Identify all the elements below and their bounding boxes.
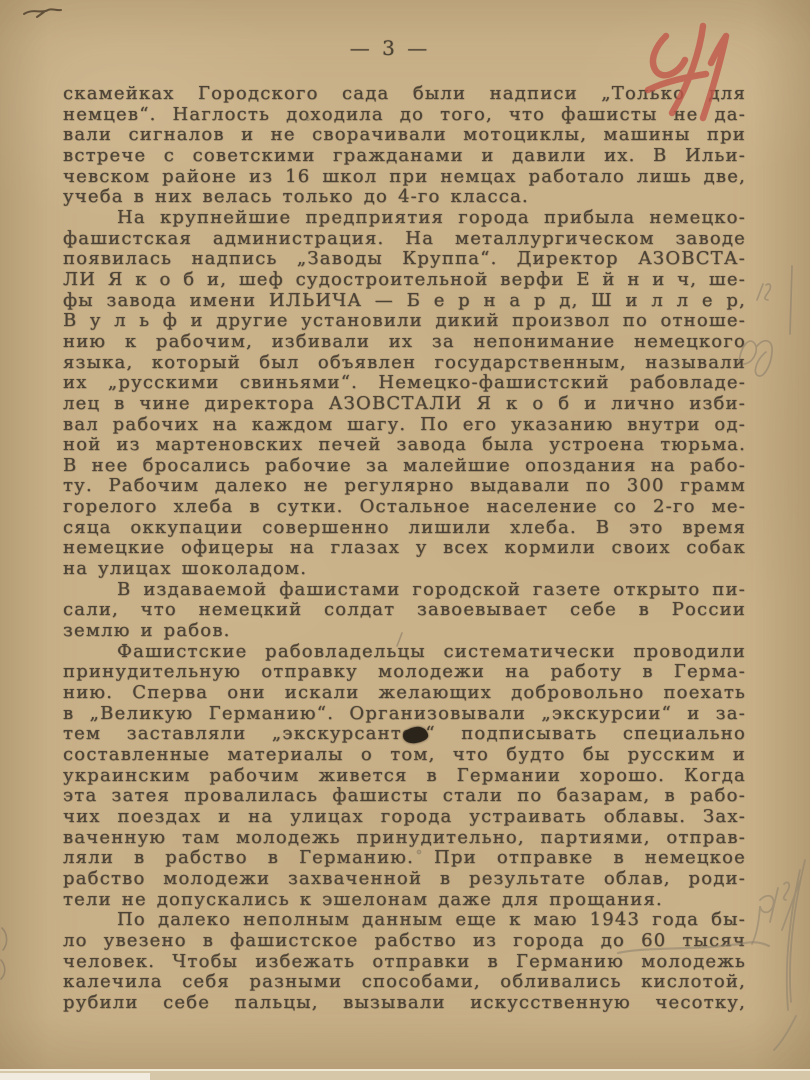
- text-line: фы завода имени ИЛЬИЧА — Б е р н а р д, …: [63, 291, 746, 312]
- text-line: человек. Чтобы избежать отправки в Герма…: [63, 952, 746, 973]
- text-line: В издаваемой фашистами городской газете …: [63, 580, 746, 601]
- underlying-page-edge: [0, 1069, 810, 1080]
- text-column: скамейках Городского сада были надписи „…: [63, 84, 746, 1014]
- text-line: рубили себе пальцы, вызывали искусственн…: [63, 993, 746, 1014]
- page: — 3 — скамейках Городского сада были над…: [0, 0, 810, 1071]
- text-line: немцев“. Наглость доходила до того, что …: [63, 105, 746, 126]
- text-line: лец в чине директора АЗОВСТАЛИ Я к о б и…: [63, 394, 746, 415]
- text-line: калечила себя разными способами, обливал…: [63, 972, 746, 993]
- text-line: скамейках Городского сада были надписи „…: [63, 84, 746, 105]
- text-line: появилась надпись „Заводы Круппа“. Дирек…: [63, 249, 746, 270]
- text-line: вали сигналов и не сворачивали мотоциклы…: [63, 125, 746, 146]
- text-line: составленные материалы о том, что будто …: [63, 745, 746, 766]
- page-number: — 3 —: [0, 36, 780, 60]
- text-line: землю и рабов.: [63, 621, 746, 642]
- text-line: ляли в рабство в Германию. При отправке …: [63, 848, 746, 869]
- text-line: нию к рабочим, избивали их за непонимани…: [63, 332, 746, 353]
- document-scan: — 3 — скамейках Городского сада были над…: [0, 0, 810, 1080]
- text-line: фашистская администрация. На металлургич…: [63, 229, 746, 250]
- text-line: Фашистские рабовладельцы систематически …: [63, 642, 746, 663]
- text-line: тели не допускались к эшелонам даже для …: [63, 890, 746, 911]
- text-line: По далеко неполным данным еще к маю 1943…: [63, 910, 746, 931]
- text-line: сяца оккупации совершенно лишили хлеба. …: [63, 518, 746, 539]
- text-line: ло увезено в фашистское рабство из город…: [63, 931, 746, 952]
- text-line: сали, что немецкий солдат завоевывает се…: [63, 600, 746, 621]
- text-line: их „русскими свиньями“. Немецко-фашистск…: [63, 373, 746, 394]
- pencil-note-upper-right: [739, 266, 792, 376]
- text-line: встрече с советскими гражданами и давили…: [63, 146, 746, 167]
- text-line: языка, который был объявлен государствен…: [63, 353, 746, 374]
- text-line: На крупнейшие предприятия города прибыла…: [63, 208, 746, 229]
- paragraph: На крупнейшие предприятия города прибыла…: [63, 208, 746, 580]
- text-line: ной из мартеновских печей завода была ус…: [63, 435, 746, 456]
- text-line: В нее бросались рабочие за малейшие опоз…: [63, 456, 746, 477]
- paragraph: скамейках Городского сада были надписи „…: [63, 84, 746, 208]
- text-line: учеба в них велась только до 4-го класса…: [63, 187, 746, 208]
- text-line: горелого хлеба в сутки. Остальное населе…: [63, 497, 746, 518]
- text-line: украинским рабочим живется в Германии хо…: [63, 766, 746, 787]
- text-line: ваченную там молодежь принудительно, пар…: [63, 828, 746, 849]
- text-line: немецкие офицеры на глазах у всех кормил…: [63, 538, 746, 559]
- text-line: чевском районе из 16 школ при немцах раб…: [63, 167, 746, 188]
- page-corner-gap: [0, 1073, 150, 1080]
- corner-scratch: [24, 9, 61, 17]
- pencil-note-lower-right: [752, 860, 805, 1050]
- text-line: вал рабочих на каждом шагу. По его указа…: [63, 415, 746, 436]
- text-line: нию. Сперва они искали желающих добровол…: [63, 683, 746, 704]
- text-line: в „Великую Германию“. Организовывали „эк…: [63, 704, 746, 725]
- text-line: ЛИ Я к о б и, шеф судостроительной верфи…: [63, 270, 746, 291]
- paragraph: Фашистские рабовладельцы систематически …: [63, 642, 746, 911]
- text-line: эта затея провалилась фашисты стали по б…: [63, 786, 746, 807]
- text-line: на улицах шоколадом.: [63, 559, 746, 580]
- text-line: чих поездах и на улицах города устраиват…: [63, 807, 746, 828]
- text-line: рабство молодежи захваченной в результат…: [63, 869, 746, 890]
- text-line: ту. Рабочим далеко не регулярно выдавали…: [63, 476, 746, 497]
- paragraph: В издаваемой фашистами городской газете …: [63, 580, 746, 642]
- text-line: В у л ь ф и другие установили дикий прои…: [63, 311, 746, 332]
- paragraph: По далеко неполным данным еще к маю 1943…: [63, 910, 746, 1013]
- text-line: принудительную отправку молодежи на рабо…: [63, 662, 746, 683]
